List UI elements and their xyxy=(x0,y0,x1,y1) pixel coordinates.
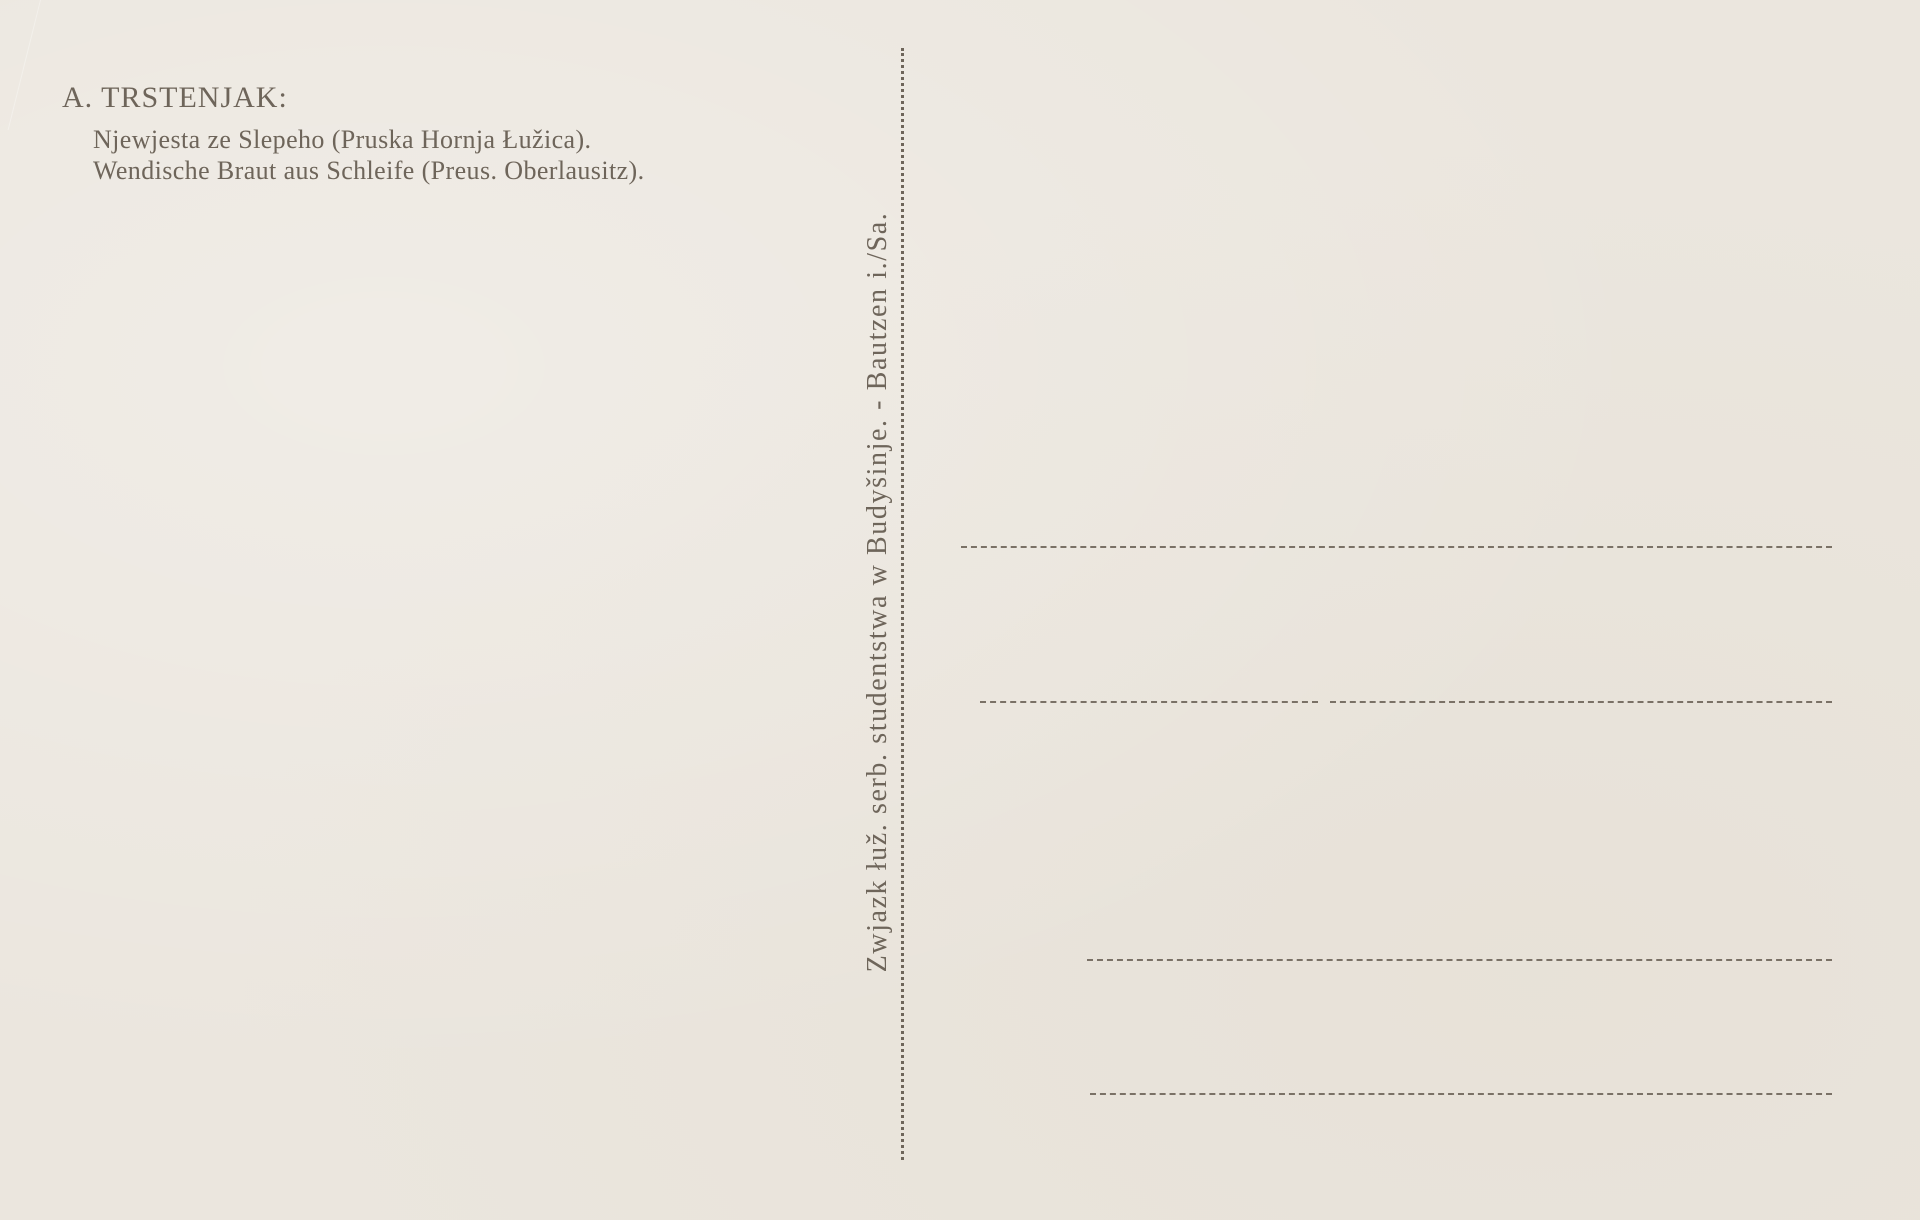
publisher-imprint: Zwjazk łuž. serb. studentstwa w Budyšinj… xyxy=(862,212,894,973)
caption-block: A. TRSTENJAK: Njewjesta ze Slepeho (Prus… xyxy=(62,80,644,186)
address-line-2b xyxy=(1330,701,1832,703)
address-line-2a xyxy=(980,701,1318,703)
paper-crease xyxy=(0,0,41,130)
center-divider-dotted-line xyxy=(901,48,904,1160)
artwork-title: Njewjesta ze Slepeho (Pruska Hornja Łuži… xyxy=(93,124,644,186)
postcard-back: A. TRSTENJAK: Njewjesta ze Slepeho (Prus… xyxy=(0,0,1920,1220)
title-sorbian: Njewjesta ze Slepeho (Pruska Hornja Łuži… xyxy=(93,124,644,155)
address-line-3 xyxy=(1087,959,1832,961)
address-line-1 xyxy=(961,546,1832,548)
artist-name: A. TRSTENJAK: xyxy=(62,80,644,116)
address-line-4 xyxy=(1090,1093,1832,1095)
title-german: Wendische Braut aus Schleife (Preus. Obe… xyxy=(93,155,644,186)
